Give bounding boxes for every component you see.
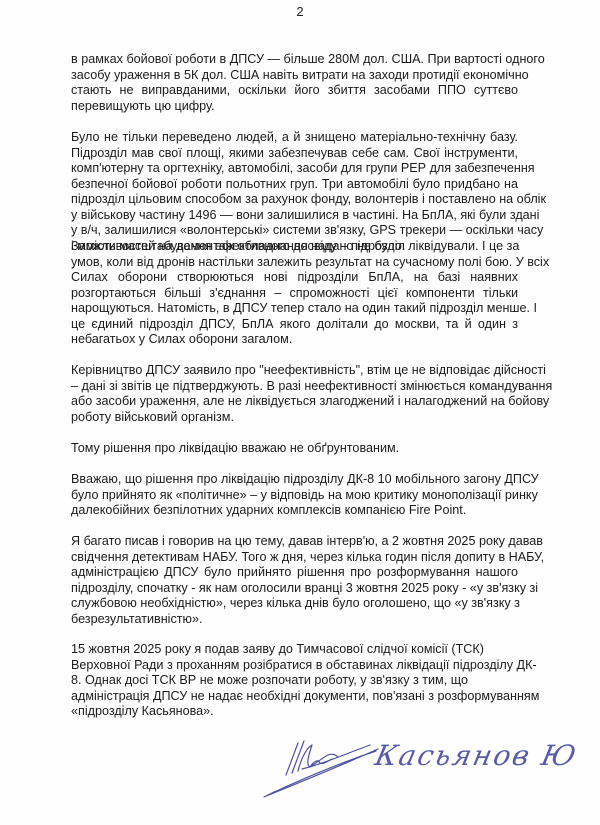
text-line: далекобійних безпілотних ударних комплек… — [71, 503, 518, 519]
text-line: 15 жовтня 2025 року я подав заяву до Тим… — [71, 642, 518, 658]
text-line: підрозділу, спочатку - як нам оголосили … — [71, 581, 518, 597]
text-line: або засоби ураження, але не ліквідується… — [71, 394, 518, 410]
text-line: адміністрація ДПСУ не надає необхідні до… — [71, 689, 518, 705]
text-line: Замість масштабування ефективного досвід… — [71, 239, 518, 255]
text-line: підрозділ цільовим способом за рахунок ф… — [71, 192, 518, 208]
text-line: Підрозділ мав свої площі, якими забезпеч… — [71, 146, 518, 162]
text-line: роботу військовий організм. — [71, 410, 518, 426]
text-line: Було не тільки переведено людей, а й зни… — [71, 130, 518, 146]
text-line: Силах оборони створюються нові підрозділ… — [71, 270, 518, 286]
text-line: Верховної Ради з проханням розібратися в… — [71, 658, 518, 674]
text-line: розгортаються більші з'єднання – спромож… — [71, 286, 518, 302]
text-line: в рамках бойової роботи в ДПСУ — більше … — [71, 52, 518, 68]
text-line: було прийнято як «політичне» – у відпові… — [71, 488, 518, 504]
signature-scribble-icon: Касьянов Ю.В — [258, 735, 578, 815]
text-line: стають не виправданими, оскільки його зб… — [71, 83, 518, 99]
text-line: комп'ютерну та оргтехніку, автомобілі, з… — [71, 161, 518, 177]
text-line: перевищують цю цифру. — [71, 99, 518, 115]
text-line: засобу ураження в 5К дол. США навіть вит… — [71, 68, 518, 84]
text-line: умов, коли від дронів настільки залежить… — [71, 255, 518, 271]
text-line: адміністрацією ДПСУ було прийнято рішенн… — [71, 565, 518, 581]
text-line: Вважаю, що рішення про ліквідацію підроз… — [71, 472, 518, 488]
page-number: 2 — [0, 4, 600, 19]
text-line: «підрозділу Касьянова». — [71, 704, 518, 720]
text-line: службовою необхідністю», через кілька дн… — [71, 596, 518, 612]
text-line: 8. Однак досі ТСК ВР не може розпочати р… — [71, 673, 518, 689]
text-line: Керівництво ДПСУ заявило про "неефективн… — [71, 363, 518, 379]
text-line: безпечної бойової роботи польотних груп.… — [71, 177, 518, 193]
text-line: у військову частину 1496 — вони залишили… — [71, 208, 518, 224]
document-page: 2 в рамках бойової роботи в ДПСУ — більш… — [0, 0, 600, 825]
text-line: Тому рішення про ліквідацію вважаю не об… — [71, 441, 518, 457]
text-line: свідчення детективам НАБУ. Того ж дня, ч… — [71, 550, 518, 566]
text-line: небагатьох у Силах оборони загалом. — [71, 332, 518, 348]
text-line: Я багато писав і говорив на цю тему, дав… — [71, 534, 518, 550]
text-line: у в/ч, залишилися «волонтерські» системи… — [71, 223, 518, 239]
text-line: нарощуються. Натомість, в ДПСУ тепер ста… — [71, 301, 518, 317]
text-line: це єдиний підрозділ ДПСУ, БпЛА якого дол… — [71, 317, 518, 333]
text-line: безрезультативністю». — [71, 612, 518, 628]
signature-text: Касьянов Ю.В — [371, 739, 578, 772]
text-line: – дані зі звітів це підтверджують. В раз… — [71, 379, 518, 395]
handwritten-signature: Касьянов Ю.В — [258, 735, 578, 815]
